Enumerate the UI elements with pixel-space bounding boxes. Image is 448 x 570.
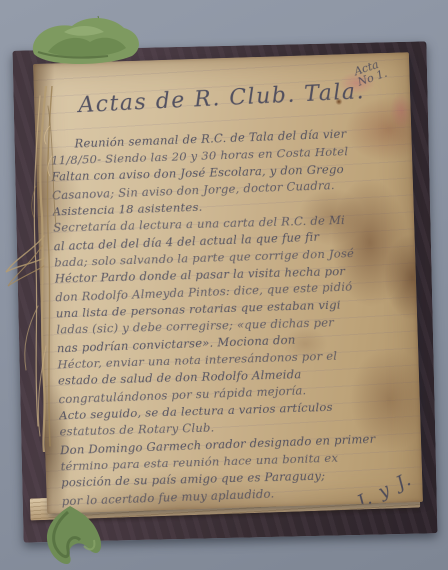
frayed-twine-fibers: [2, 86, 68, 452]
green-ribbon-bottom: [40, 506, 112, 570]
photo-of-notebook: Acta No 1. Actas de R. Club. Tala. Reuni…: [0, 0, 448, 570]
manuscript-body: Reunión semanal de R.C. de Tala del día …: [50, 125, 401, 513]
green-fabric-scrap-top: [28, 12, 146, 70]
manuscript-page: Acta No 1. Actas de R. Club. Tala. Reuni…: [33, 52, 423, 514]
handwriting-layer: Acta No 1. Actas de R. Club. Tala. Reuni…: [33, 52, 423, 514]
page-title: Actas de R. Club. Tala.: [78, 79, 366, 118]
